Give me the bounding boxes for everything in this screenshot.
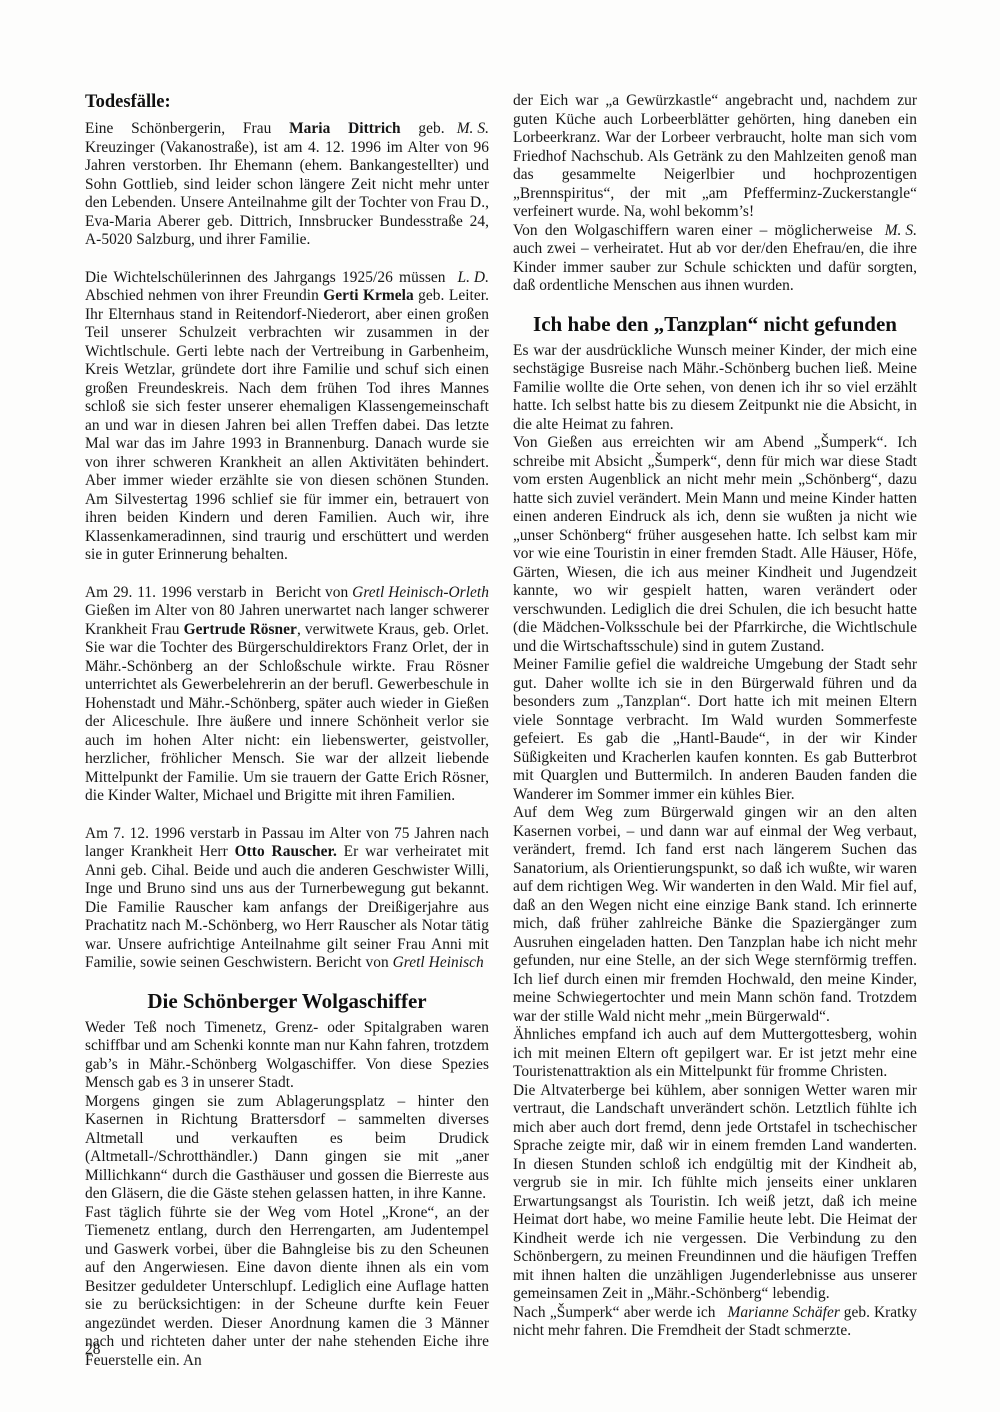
section-heading: Todesfälle: xyxy=(85,92,489,113)
signature: M. S. xyxy=(873,222,917,241)
signature: Bericht von Gretl Heinisch-Orleth xyxy=(263,584,489,603)
name-emphasis: Otto Rauscher. xyxy=(235,843,337,860)
paragraph: Meiner Familie gefiel die waldreiche Umg… xyxy=(513,656,917,804)
paragraph: Fast täglich führte sie der Weg vom Hote… xyxy=(85,1204,489,1371)
text-run: Weder Teß noch Timenetz, Grenz- oder Spi… xyxy=(85,1019,489,1092)
paragraph: M. S.Von den Wolgaschiffern waren einer … xyxy=(513,222,917,296)
name-emphasis: Gertrude Rösner xyxy=(184,621,297,638)
name-emphasis: Maria Dittrich xyxy=(289,120,401,137)
text-run: Von den Wolgaschiffern waren einer – mög… xyxy=(513,222,917,295)
signature: L. D. xyxy=(446,269,489,288)
paragraph: L. D.Die Wichtelschülerinnen des Jahrgan… xyxy=(85,269,489,565)
text-run: Eine Schönbergerin, Frau xyxy=(85,120,289,137)
italic-text: Gretl Heinisch-Orleth xyxy=(352,584,489,601)
paragraph: der Eich war „a Gewürzkastle“ angebracht… xyxy=(513,92,917,222)
left-column: Todesfälle:M. S.Eine Schönbergerin, Frau… xyxy=(85,92,489,1370)
text-run: Es war der ausdrückliche Wunsch meiner K… xyxy=(513,342,917,433)
right-column: der Eich war „a Gewürzkastle“ angebracht… xyxy=(513,92,917,1341)
paragraph: Von Gießen aus erreichten wir am Abend „… xyxy=(513,434,917,656)
text-run: , verwitwete Kraus, geb. Orlet. Sie war … xyxy=(85,621,489,805)
italic-text: L. D. xyxy=(458,269,489,286)
paragraph: Es war der ausdrückliche Wunsch meiner K… xyxy=(513,342,917,435)
text-run: Er war verheiratet mit Anni geb. Cihal. … xyxy=(85,843,489,971)
paragraph: Ähnliches empfand ich auch auf dem Mutte… xyxy=(513,1026,917,1082)
text-run: geb. Leiter. Ihr Elternhaus stand in Rei… xyxy=(85,287,489,563)
text-run: Ähnliches empfand ich auch auf dem Mutte… xyxy=(513,1026,917,1080)
signature: M. S. xyxy=(445,120,489,139)
italic-text: Gretl Heinisch xyxy=(393,954,484,971)
italic-text: Marianne Schäfer xyxy=(728,1304,840,1321)
section-heading: Ich habe den „Tanzplan“ nicht gefunden xyxy=(513,312,917,337)
paragraph: Die Altvaterberge bei kühlem, aber sonni… xyxy=(513,1082,917,1304)
name-emphasis: Gerti Krmela xyxy=(323,287,413,304)
text-columns: Todesfälle:M. S.Eine Schönbergerin, Frau… xyxy=(85,92,917,1370)
paragraph: Marianne Schäfer geb. KratkyNach „Šumper… xyxy=(513,1304,917,1341)
newsletter-page: Todesfälle:M. S.Eine Schönbergerin, Frau… xyxy=(0,0,1000,1412)
text-run: Von Gießen aus erreichten wir am Abend „… xyxy=(513,434,917,655)
paragraph: Weder Teß noch Timenetz, Grenz- oder Spi… xyxy=(85,1019,489,1093)
paragraph: Auf dem Weg zum Bürgerwald gingen wir an… xyxy=(513,804,917,1026)
paragraph: Am 7. 12. 1996 verstarb in Passau im Alt… xyxy=(85,825,489,973)
section-heading: Die Schönberger Wolgaschiffer xyxy=(85,989,489,1014)
page-number: 28 xyxy=(85,1341,101,1359)
text-run: Auf dem Weg zum Bürgerwald gingen wir an… xyxy=(513,804,917,1025)
signature: Marianne Schäfer geb. Kratky xyxy=(716,1304,917,1323)
paragraph: M. S.Eine Schönbergerin, Frau Maria Ditt… xyxy=(85,120,489,250)
italic-text: M. S. xyxy=(885,222,917,239)
text-run: Bericht von xyxy=(275,584,352,601)
text-run: geb. Kreuzinger (Vakanostraße), ist am 4… xyxy=(85,120,489,248)
text-run: Fast täglich führte sie der Weg vom Hote… xyxy=(85,1204,489,1369)
text-run: Die Altvaterberge bei kühlem, aber sonni… xyxy=(513,1082,917,1303)
paragraph: Bericht von Gretl Heinisch-OrlethAm 29. … xyxy=(85,584,489,806)
paragraph: Morgens gingen sie zum Ablagerungsplatz … xyxy=(85,1093,489,1204)
italic-text: M. S. xyxy=(457,120,489,137)
text-run: Morgens gingen sie zum Ablagerungsplatz … xyxy=(85,1093,489,1203)
text-run: Meiner Familie gefiel die waldreiche Umg… xyxy=(513,656,917,803)
text-run: der Eich war „a Gewürzkastle“ angebracht… xyxy=(513,92,917,220)
text-run: geb. Kratky xyxy=(840,1304,917,1321)
